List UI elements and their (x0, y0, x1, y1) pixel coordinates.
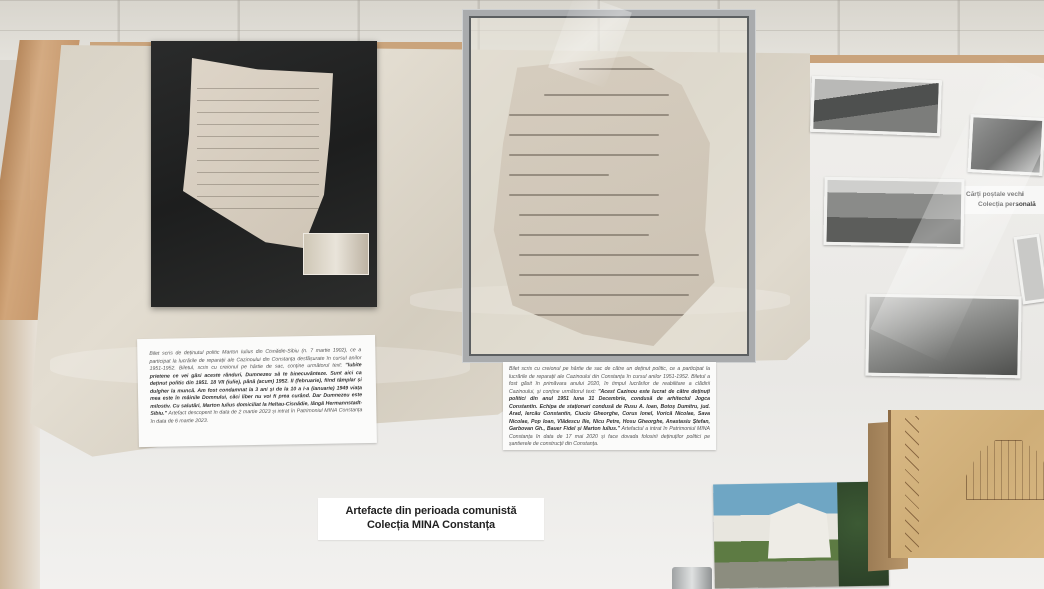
label-left-intro: Bilet scris de deținutul politic Marton … (149, 347, 361, 372)
label-card-casino-note: Bilet scris cu creionul pe hârtie de sac… (503, 362, 716, 450)
handwritten-casino-note (489, 56, 724, 346)
postcards-label-line1: Cărți poștale vechi (966, 190, 1038, 200)
museum-display-case: Bilet scris de deținutul politic Marton … (0, 0, 1044, 589)
glass-frame (463, 10, 755, 362)
postcard-promenade (865, 294, 1021, 379)
case-rim-right (770, 55, 1044, 63)
postcard-casino-bw (823, 177, 964, 247)
exhibit-title-line2: Colecția MINA Constanța (318, 518, 544, 532)
exhibit-title-line1: Artefacte din perioada comunistă (318, 504, 544, 518)
zigzag-pattern (905, 416, 919, 552)
casino-engraving (966, 440, 1044, 500)
postcards-label-line2: Colecția personală (966, 200, 1038, 210)
postcard-casino-color (713, 481, 889, 588)
wooden-box-casino-engraving (868, 410, 1044, 562)
metal-stand (672, 567, 712, 589)
postcards-label: Cărți poștale vechi Colecția personală (960, 186, 1044, 214)
label-card-letter: Bilet scris de deținutul politic Marton … (137, 335, 377, 447)
label-left-outro: Artefact descoperit în data de 2 martie … (150, 407, 362, 424)
postcard-harbour-aerial (810, 76, 942, 137)
matchbox-artefact (303, 233, 369, 275)
exhibit-title-card: Artefacte din perioada comunistă Colecți… (318, 498, 544, 540)
postcard-partial (968, 114, 1044, 176)
